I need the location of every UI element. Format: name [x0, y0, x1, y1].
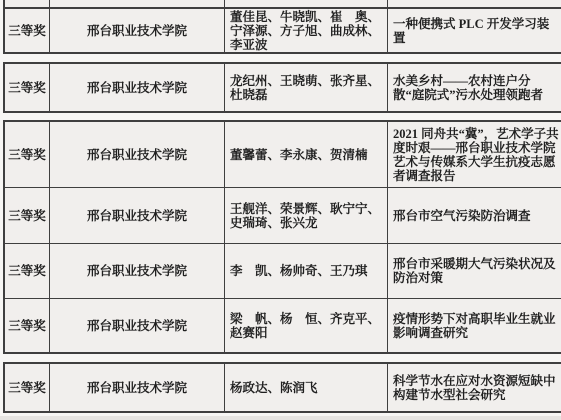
project-cell: 邢台市空气污染防治调查 [388, 188, 561, 243]
institution-cell: 邢台职业技术学院 [50, 188, 225, 243]
members-cell: 龙纪州、王晓萌、张齐星、杜晓磊 [225, 64, 388, 111]
award-cell: 三等奖 [5, 122, 50, 187]
institution-cell: 邢台职业技术学院 [50, 122, 225, 187]
project-cell: 水美乡村——农村连户分散“庭院式”污水处理领跑者 [388, 64, 561, 111]
table-row: 三等奖 邢台职业技术学院 王舰洋、荣景辉、耿宁宁、史瑞琦、张兴龙 邢台市空气污染… [5, 188, 561, 244]
award-cell: 三等奖 [5, 64, 50, 111]
page-bottom-edge [0, 416, 561, 420]
table-block-4: 三等奖 邢台职业技术学院 杨政达、陈润飞 科学节水在应对水资源短缺中构建节水型社… [3, 362, 561, 413]
award-cell: 三等奖 [5, 9, 50, 52]
institution-cell: 邢台职业技术学院 [50, 9, 225, 52]
table-row: 三等奖 邢台职业技术学院 杨政达、陈润飞 科学节水在应对水资源短缺中构建节水型社… [5, 364, 561, 411]
institution-cell: 邢台职业技术学院 [50, 364, 225, 411]
institution-cell: 邢台职业技术学院 [50, 299, 225, 352]
institution-cell: 邢台职业技术学院 [50, 64, 225, 111]
cutoff-cell [5, 0, 50, 7]
table-row: 三等奖 邢台职业技术学院 董佳昆、牛晓凯、崔 奥、宁泽源、方子旭、曲成林、李亚波… [5, 9, 561, 52]
members-cell: 董馨蕾、李永康、贺清楠 [225, 122, 388, 187]
table-block-1: 三等奖 邢台职业技术学院 董佳昆、牛晓凯、崔 奥、宁泽源、方子旭、曲成林、李亚波… [3, 7, 561, 54]
institution-cell: 邢台职业技术学院 [50, 244, 225, 298]
cutoff-cell [388, 0, 561, 7]
members-cell: 董佳昆、牛晓凯、崔 奥、宁泽源、方子旭、曲成林、李亚波 [225, 9, 388, 52]
members-cell: 杨政达、陈润飞 [225, 364, 388, 411]
members-cell: 王舰洋、荣景辉、耿宁宁、史瑞琦、张兴龙 [225, 188, 388, 243]
table-row: 三等奖 邢台职业技术学院 梁 帆、杨 恒、齐克平、赵赛阳 疫情形势下对高职毕业生… [5, 299, 561, 352]
project-cell: 邢台市采暖期大气污染状况及防治对策 [388, 244, 561, 298]
award-cell: 三等奖 [5, 364, 50, 411]
members-cell: 李 凯、杨帅奇、王乃琪 [225, 244, 388, 298]
cutoff-previous-row [3, 0, 561, 7]
award-cell: 三等奖 [5, 188, 50, 243]
project-cell: 科学节水在应对水资源短缺中构建节水型社会研究 [388, 364, 561, 411]
award-cell: 三等奖 [5, 244, 50, 298]
table-row: 三等奖 邢台职业技术学院 董馨蕾、李永康、贺清楠 2021 同舟共“冀”，艺术学… [5, 122, 561, 188]
members-cell: 梁 帆、杨 恒、齐克平、赵赛阳 [225, 299, 388, 352]
project-cell: 一种便携式 PLC 开发学习装置 [388, 9, 561, 52]
table-row: 三等奖 邢台职业技术学院 李 凯、杨帅奇、王乃琪 邢台市采暖期大气污染状况及防治… [5, 244, 561, 299]
project-cell: 2021 同舟共“冀”，艺术学子共度时艰——邢台职业技术学院艺术与传媒系大学生抗… [388, 122, 561, 187]
table-block-3: 三等奖 邢台职业技术学院 董馨蕾、李永康、贺清楠 2021 同舟共“冀”，艺术学… [3, 120, 561, 354]
scanned-document-page: 三等奖 邢台职业技术学院 董佳昆、牛晓凯、崔 奥、宁泽源、方子旭、曲成林、李亚波… [0, 0, 561, 420]
cutoff-cell [50, 0, 225, 7]
cutoff-cell [225, 0, 388, 7]
award-cell: 三等奖 [5, 299, 50, 352]
table-block-2: 三等奖 邢台职业技术学院 龙纪州、王晓萌、张齐星、杜晓磊 水美乡村——农村连户分… [3, 62, 561, 113]
table-row: 三等奖 邢台职业技术学院 龙纪州、王晓萌、张齐星、杜晓磊 水美乡村——农村连户分… [5, 64, 561, 111]
project-cell: 疫情形势下对高职毕业生就业影响调查研究 [388, 299, 561, 352]
